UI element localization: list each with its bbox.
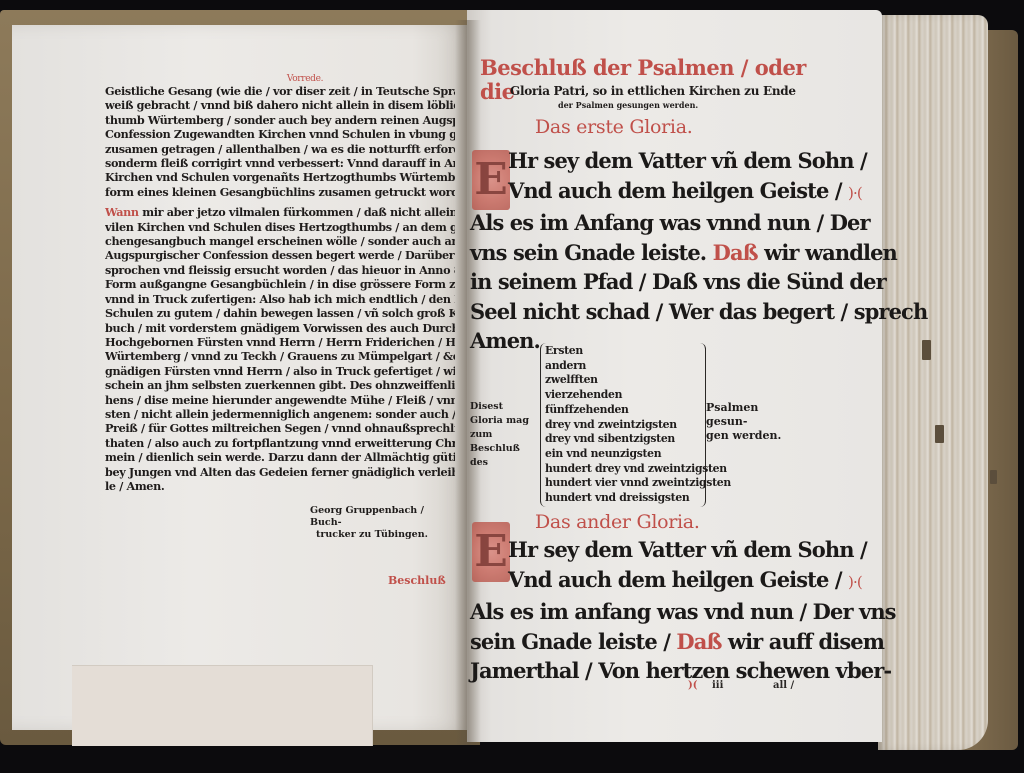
book-photo: Vorrede. Geistliche Gesang (wie die / vo… [0,0,1024,773]
psalm-bracket-table: Disest Gloria mag zum Beschluß des Erste… [470,343,800,508]
catchword: all / [773,680,794,691]
preface-text: Vorrede. Geistliche Gesang (wie die / vo… [105,74,455,493]
list-item: ein vnd neunzigsten [545,447,705,462]
footer-ornament-icon: )( [688,680,697,691]
preface-paragraph-2: Wann mir aber jetzo vilmalen fürkommen /… [105,205,455,493]
gloria-2-heading: Das ander Gloria. [535,511,700,533]
psalm-ordinal-list: Ersten andern zwelfften vierzehenden fün… [540,343,706,507]
bracket-right-label: Psalmen gesun- gen werden. [706,401,796,443]
section-subtitle: Gloria Patri, so in ettlichen Kirchen zu… [510,84,800,98]
page-tab-marker [935,425,944,443]
list-item: drey vnd zweintzigsten [545,418,705,433]
preface-heading: Vorrede. [275,74,335,84]
gloria-2-text: Hr sey dem Vatter vñ dem Sohn / Vnd auch… [470,535,790,686]
list-item: hundert vnd dreissigsten [545,491,705,506]
rubric-initial-word: Wann [105,205,139,219]
catchword: Beschluß [388,574,446,587]
page-tab-marker [922,340,931,360]
list-item: fünffzehenden [545,403,705,418]
list-item: andern [545,359,705,374]
gloria-1-text: Hr sey dem Vatter vñ dem Sohn / Vnd auch… [470,146,790,356]
list-item: zwelfften [545,373,705,388]
list-item: hundert vier vnnd zweintzigsten [545,476,705,491]
printer-signature: Georg Gruppenbach / Buch- trucker zu Tüb… [310,505,440,541]
list-item: hundert drey vnd zweintzigsten [545,462,705,477]
list-item: vierzehenden [545,388,705,403]
list-item: Ersten [545,344,705,359]
page-tab-marker [990,470,997,484]
ornament-icon: )·( [848,184,862,202]
preface-paragraph-1: Geistliche Gesang (wie die / vor diser z… [105,84,455,199]
ornament-icon: )·( [848,573,862,591]
pasted-paper-patch [72,665,373,746]
section-subtitle-2: der Psalmen gesungen werden. [558,100,698,110]
list-item: drey vnd sibentzigsten [545,432,705,447]
gloria-1-heading: Das erste Gloria. [535,116,692,138]
signature-mark: iii [712,680,723,691]
bracket-left-label: Disest Gloria mag zum Beschluß des [470,400,538,470]
page-fore-edge-stack [878,15,988,750]
